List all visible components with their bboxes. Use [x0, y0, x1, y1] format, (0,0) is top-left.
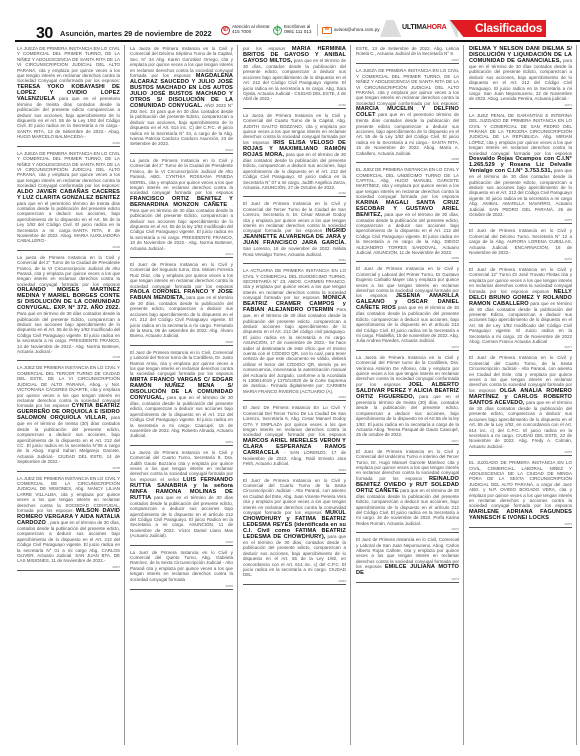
notice-divider: 41869	[356, 258, 459, 262]
legal-notice: El Juez de Primera Instancia en lo Civil…	[243, 200, 346, 259]
notice-code: 40242	[225, 148, 233, 152]
notice-code: 41636	[112, 245, 120, 249]
notice-intro: El Juez de Primera Instancia en lo Civil…	[469, 228, 572, 255]
notice-code: 41860	[225, 540, 233, 544]
legal-notice: LA JUEZA DE PRIMERA INSTANCIA EN LO CIVI…	[356, 67, 459, 158]
legal-notice: El Juez de Primera Instancia en lo Civil…	[469, 354, 572, 451]
notice-divider: 41877	[469, 347, 572, 351]
notice-code: 41876	[564, 257, 572, 261]
notice-code: 41875	[564, 218, 572, 222]
notice-body: para que en el perentorio término de tre…	[356, 394, 459, 437]
contact-phone-text: Atención al cliente: 415 7000	[232, 25, 271, 35]
notice-divider: 41873	[356, 579, 459, 583]
notice-divider: 41871	[356, 441, 459, 445]
legal-notice: LA JUEZ DE PRIMERA INSTANCIA EN LO CIVIL…	[17, 364, 120, 466]
notice-code: 41873	[451, 577, 459, 581]
column-2: La Jueza de Primera Instancia en lo Civi…	[130, 45, 238, 745]
ultimahora-logo: ULTIMAHORA	[402, 24, 447, 31]
notice-code: 41628	[112, 355, 120, 359]
notice-code: 41870	[451, 345, 459, 349]
contact-email: ✉ avisos@uhora.com.py	[322, 20, 387, 40]
notice-divider: 41863	[243, 470, 346, 474]
notice-divider: 41660	[243, 105, 346, 109]
legal-notice: LA JUEZ DE PRIMERA INSTANCIA EN LO CIVIL…	[17, 475, 120, 566]
notice-names: DIELMA Y NELSON DANI DIELMA S/ DISOLUCIÓ…	[469, 46, 572, 64]
legal-notice: El Juez de Primera Instancia en lo Civil…	[356, 265, 459, 345]
legal-notice: por los esposos MARIA HERMINIA BRITOS DE…	[243, 45, 346, 104]
notice-intro: La jueza de Primera Instancia en lo Civi…	[17, 255, 120, 287]
legal-notice: La Jueza de Primera Instancia en lo Civi…	[356, 354, 459, 440]
notice-code: 40800	[225, 340, 233, 344]
notice-body: AÑO 2022 N° 292 Sec. 34 para que en 30 d…	[130, 103, 233, 146]
notice-body: para que en el término de 30 días, conta…	[356, 212, 459, 255]
notice-code: 40857	[112, 565, 120, 569]
date-line: Asunción, martes 29 de noviembre de 2022	[60, 29, 212, 38]
notice-divider: 40800	[130, 342, 233, 346]
legal-notice: LA JUEZ PENAL DE GARANTÍAS E INTERINA DE…	[469, 112, 572, 220]
notice-divider: 41870	[356, 347, 459, 351]
notice-body: para que en el término de 30 días, conta…	[243, 58, 346, 101]
column-1: LA JUEZA DE PRIMERA INSTANCIA EN LO CIVI…	[17, 45, 125, 745]
column-3: por los esposos MARIA HERMINIA BRITOS DE…	[243, 45, 351, 745]
contact-whatsapp: ✆ Escríbinos al 0981 111 013	[273, 20, 318, 40]
legal-notice: La Juez de Primera Instancia en lo Civil…	[130, 549, 233, 585]
notice-divider: 40241	[130, 254, 233, 258]
notice-body: para que en el perentorio término de tre…	[356, 112, 459, 155]
notice-intro: EL JUEZ DE PRIMERA INSTANCIA EN LO CIVIL…	[356, 167, 459, 199]
notice-divider: 41658	[17, 468, 120, 472]
notice-intro: por los esposos	[243, 46, 285, 51]
notice-body: para que en término de 30 días contados …	[469, 301, 572, 344]
legal-notice: La Jueza de Primera Instancia en lo Civi…	[243, 112, 346, 192]
column-5: DIELMA Y NELSON DANI DIELMA S/ DISOLUCIÓ…	[469, 45, 577, 745]
notice-names: ORLANDO MOISES MARTINEZ MEDINA Y MARIEL …	[17, 287, 120, 311]
page-header: 30 Asunción, martes 29 de noviembre de 2…	[0, 0, 580, 40]
notice-body: para que en el término de 30 días, conta…	[243, 534, 346, 577]
notice-divider: 41872	[356, 529, 459, 533]
legal-notice: LA ACTUARIA DE PRIMERA INSTANCIA EN LO C…	[243, 267, 346, 396]
notice-code: 41868	[451, 157, 459, 161]
notice-body: para que en el término de 30 días, conta…	[130, 295, 233, 338]
notice-code: 41360	[338, 191, 346, 195]
legal-notice: La Jueza de Primera Instancia en lo Civi…	[130, 449, 233, 541]
notice-divider: 41878	[469, 452, 572, 456]
notice-columns: LA JUEZA DE PRIMERA INSTANCIA EN LO CIVI…	[17, 45, 577, 745]
notice-intro: La Juez de Primera Instancia en lo Civil…	[130, 550, 233, 582]
notice-divider: 41867	[356, 60, 459, 64]
notice-intro: LA JUEZA DE PRIMERA INSTANCIA EN LO CIVI…	[17, 46, 120, 83]
notice-body: para que en el término de treinta (30) d…	[17, 415, 120, 464]
notice-body: para que en el término de 30 días contad…	[243, 152, 346, 190]
notice-divider: 40857	[17, 567, 120, 571]
notice-intro: El Juez de Primera Instancia en lo Civil…	[130, 262, 233, 289]
notice-code: 41863	[338, 468, 346, 472]
notice-code: 41660	[338, 103, 346, 107]
contact-phone: ✆ Atención al cliente: 415 7000	[221, 20, 278, 40]
notice-code: 41865	[225, 584, 233, 588]
legal-notice: EL JUEZ DE PRIMERA INSTANCIA EN LO CIVIL…	[356, 166, 459, 257]
notice-divider: 41874	[469, 105, 572, 109]
notice-body: para que en el término de 30 días contad…	[469, 400, 572, 449]
notice-intro: LA JUEZ DE PRIMERA INSTANCIA EN LO CIVIL…	[17, 365, 120, 408]
notice-body: para que en el término de 30 días contad…	[356, 488, 459, 526]
legal-notice: El Juez De Primera Instancia En Lo Civil…	[243, 404, 346, 468]
notice-names: FRANCISCO ORTIZ BENITEZ Y BERNARDINA MON…	[130, 196, 233, 208]
legal-notice: LA JUEZA DE PRIMERA INSTANCIA EN LO CIVI…	[17, 45, 120, 142]
legal-notice: La Jueza de Primera Instancia en lo Civi…	[130, 45, 233, 149]
notice-body: San Lorenzo, 16 de noviembre de 2022. Né…	[243, 246, 346, 256]
notice-body: para que en el término de 30 días contad…	[130, 495, 233, 538]
notice-intro: LA JUEZ PENAL DE GARANTÍAS E INTERINA DE…	[469, 113, 572, 156]
notice-intro: La jueza de Primera Instancia en lo Civi…	[130, 158, 233, 195]
notice-intro: El Juez De Primera Instancia En Lo Civil…	[243, 405, 346, 437]
notice-code: 41869	[451, 256, 459, 260]
notice-divider: 41875	[469, 220, 572, 224]
notice-code: 41862	[338, 395, 346, 399]
notice-divider: 40851	[130, 442, 233, 446]
notice-body: para que en el término de 30 días contad…	[356, 305, 459, 343]
notice-intro: El Juez de Primera Instancia en lo Civil…	[130, 350, 233, 377]
legal-notice: El Juez de Primera Instancia en lo Civil…	[469, 227, 572, 258]
notice-code: 40241	[225, 252, 233, 256]
notice-divider: 41879	[469, 524, 572, 528]
column-4: ESTE, 13 de Setiembre de 2022. Abg. Leti…	[356, 45, 464, 745]
notice-divider: 41628	[17, 357, 120, 361]
notice-body: Para que en término de 30 días contados …	[17, 311, 120, 354]
notice-code: 41658	[112, 466, 120, 470]
legal-notice: DIELMA Y NELSON DANI DIELMA S/ DISOLUCIÓ…	[469, 45, 572, 104]
notice-intro: LA JUEZA DE PRIMERA INSTANCIA EN LO CIVI…	[17, 151, 120, 188]
notice-divider: 41864	[243, 581, 346, 585]
notice-body: . Para que en término de 30 días contado…	[130, 202, 233, 251]
notice-code: 41879	[564, 522, 572, 526]
notice-divider: 41861	[243, 260, 346, 264]
mail-icon: ✉	[322, 27, 332, 34]
notice-code: 41871	[451, 439, 459, 443]
notice-body: Para que, en el término de 30 días conta…	[243, 307, 346, 394]
section-title: Clasificados	[475, 21, 542, 35]
notice-code: 40482	[112, 141, 120, 145]
notice-divider: 41360	[243, 193, 346, 197]
legal-notice: El Juez de Primera Instancia en lo Civil…	[243, 477, 346, 580]
notice-code: 41861	[338, 258, 346, 262]
notice-code: 41877	[564, 345, 572, 349]
notice-body: para que en el término de 30 días, conta…	[130, 395, 233, 438]
notice-intro: EL JUZGADO DE PRIMERA INSTANCIA EN LO CI…	[469, 460, 572, 508]
notice-names: MARILENE ADRIANA FAGUNDES YANNESCH E IVO…	[469, 509, 572, 521]
contact-email-text: avisos@uhora.com.py	[334, 28, 380, 33]
notice-code: 41874	[564, 103, 572, 107]
legal-notice: LA JUEZA DE PRIMERA INSTANCIA EN LO CIVI…	[17, 150, 120, 246]
legal-notice: La jueza de Primera Instancia en lo Civi…	[17, 254, 120, 357]
notice-divider: 41865	[130, 586, 233, 590]
notice-body: para que en el término de 30 días contad…	[469, 58, 572, 101]
notice-code: 40851	[225, 440, 233, 444]
notice-body: , para que en el término de 30 días, con…	[17, 520, 120, 563]
notice-code: 41864	[338, 579, 346, 583]
notice-intro: LA JUEZA DE PRIMERA INSTANCIA EN LO CIVI…	[356, 68, 459, 105]
phone-icon: ✆	[221, 26, 230, 35]
notice-body: para que en el término de 30 días contad…	[469, 168, 572, 217]
notice-intro: ESTE, 13 de Setiembre de 2022. Abg. Leti…	[356, 46, 459, 56]
legal-notice: El Juez de Primera Instancia en lo Civil…	[130, 261, 233, 341]
notice-names: ALDO JAVIER CABAÑAS CACERES Y LUZ CLARIT…	[17, 189, 120, 201]
legal-notice: EL JUZGADO DE PRIMERA INSTANCIA EN LO CI…	[469, 459, 572, 523]
legal-notice: El Juez de Primera Instancia en lo Civil…	[469, 266, 572, 346]
notice-divider: 41876	[469, 259, 572, 263]
legal-notice: La jueza de Primera Instancia en lo Civi…	[130, 157, 233, 253]
notice-body: para que en el perentorio término de tre…	[17, 96, 120, 139]
legal-notice: El Juez de Primera Instancia en lo Civil…	[356, 448, 459, 528]
notice-divider: 41868	[356, 159, 459, 163]
notice-code: 41872	[451, 527, 459, 531]
legal-notice: El Juez de Primera Instancia en lo Civil…	[356, 536, 459, 578]
notice-divider: 40482	[17, 143, 120, 147]
whatsapp-icon: ✆	[273, 26, 282, 35]
brand-banner: ULTIMAHORA Clasificados	[380, 20, 580, 37]
notice-code: 41867	[451, 58, 459, 62]
contact-whatsapp-text: Escríbinos al 0981 111 013	[284, 25, 311, 35]
top-rule	[15, 40, 580, 42]
notice-divider: 41860	[130, 542, 233, 546]
logo-hora: HORA	[427, 24, 447, 31]
legal-notice: El Juez de Primera Instancia en lo Civil…	[130, 349, 233, 441]
notice-body: para que en el perentorio término de tre…	[17, 201, 120, 244]
divider	[317, 24, 318, 36]
contact-value: 415 7000	[232, 29, 251, 34]
contact-value: 0981 111 013	[284, 29, 311, 34]
notice-divider: 40242	[130, 150, 233, 154]
logo-ultima: ULTIMA	[402, 24, 427, 31]
notice-code: 41878	[564, 450, 572, 454]
notice-divider: 41862	[243, 397, 346, 401]
legal-notice: ESTE, 13 de Setiembre de 2022. Abg. Leti…	[356, 45, 459, 59]
notice-divider: 41636	[17, 247, 120, 251]
